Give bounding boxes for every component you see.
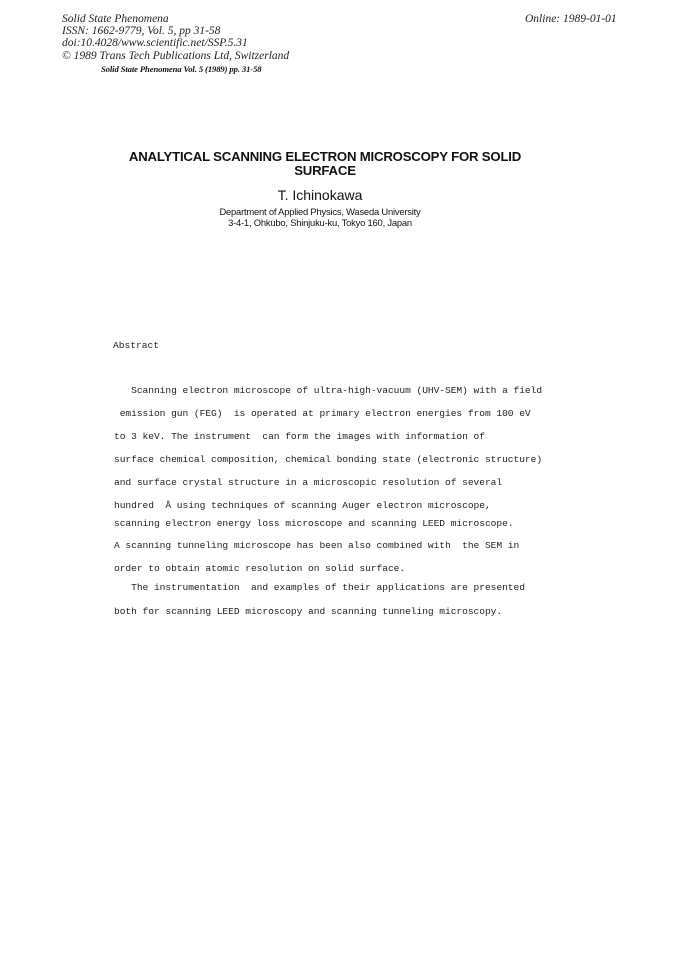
abstract-line: hundred Å using techniques of scanning A… [114,500,491,511]
copyright-line: © 1989 Trans Tech Publications Ltd, Swit… [62,50,289,62]
abstract-line: Scanning electron microscope of ultra-hi… [114,385,542,396]
author-name: T. Ichinokawa [110,187,530,203]
abstract-line: scanning electron energy loss microscope… [114,518,514,529]
affiliation: Department of Applied Physics, Waseda Un… [110,207,530,228]
journal-reference: Solid State Phenomena Vol. 5 (1989) pp. … [101,64,261,74]
abstract-line: The instrumentation and examples of thei… [114,582,525,593]
doi-line: doi:10.4028/www.scientific.net/SSP.5.31 [62,37,289,49]
paper-title: ANALYTICAL SCANNING ELECTRON MICROSCOPY … [110,150,540,178]
abstract-line: order to obtain atomic resolution on sol… [114,563,405,574]
abstract-line: to 3 keV. The instrument can form the im… [114,431,485,442]
abstract-heading: Abstract [113,340,159,351]
journal-name: Solid State Phenomena [62,13,289,25]
citation-block: Solid State Phenomena ISSN: 1662-9779, V… [62,13,289,62]
issn-line: ISSN: 1662-9779, Vol. 5, pp 31-58 [62,25,289,37]
title-line-1: ANALYTICAL SCANNING ELECTRON MICROSCOPY … [110,150,540,164]
abstract-line: A scanning tunneling microscope has been… [114,540,519,551]
abstract-line: both for scanning LEED microscopy and sc… [114,606,502,617]
title-line-2: SURFACE [110,164,540,178]
abstract-line: and surface crystal structure in a micro… [114,477,502,488]
affiliation-line-2: 3-4-1, Ohkubo, Shinjuku-ku, Tokyo 160, J… [110,218,530,229]
abstract-line: surface chemical composition, chemical b… [114,454,542,465]
abstract-line: emission gun (FEG) is operated at primar… [114,408,531,419]
online-date: Online: 1989-01-01 [525,13,617,25]
affiliation-line-1: Department of Applied Physics, Waseda Un… [110,207,530,218]
